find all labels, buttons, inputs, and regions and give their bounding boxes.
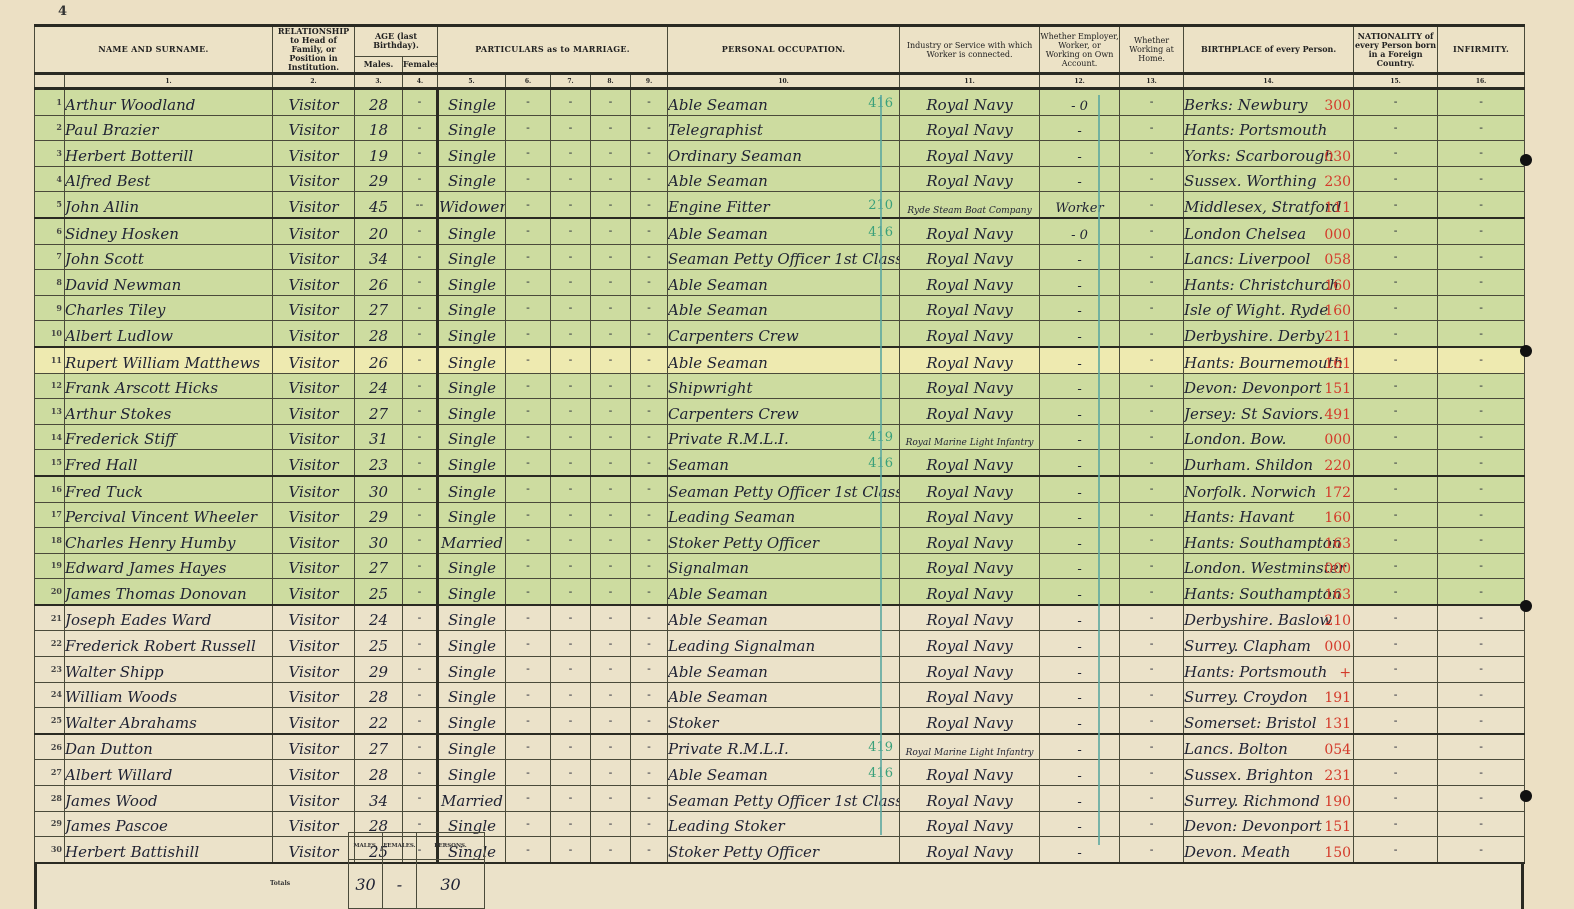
occupation-text: Able Seaman <box>668 611 768 629</box>
birthplace-code: 300 <box>1324 98 1351 114</box>
working-at-home: - <box>1120 605 1184 631</box>
birthplace: Hants: Southampton163 <box>1184 528 1354 554</box>
birthplace-code: 151 <box>1324 381 1351 397</box>
marriage-col-7: - <box>551 321 591 347</box>
marriage-col-9: - <box>631 166 668 192</box>
column-number: 1. <box>65 74 273 89</box>
marriage-col-6: - <box>506 682 551 708</box>
industry: Royal Navy <box>900 708 1040 734</box>
occupation: Signalman <box>668 553 900 579</box>
totals-females-label: Females. <box>383 833 417 860</box>
nationality: - <box>1354 141 1438 167</box>
age-male: 29 <box>355 166 403 192</box>
birthplace: Hants: Bournemouth161 <box>1184 347 1354 373</box>
age-female: - <box>403 631 438 657</box>
occupation: Able Seaman <box>668 657 900 683</box>
relationship: Visitor <box>273 89 355 116</box>
marriage-col-7: - <box>551 192 591 218</box>
marriage-col-9: - <box>631 399 668 425</box>
birthplace-code: 163 <box>1324 536 1351 552</box>
marriage-col-6: - <box>506 89 551 116</box>
age-female: - <box>403 115 438 141</box>
nationality: - <box>1354 399 1438 425</box>
census-row: 17Percival Vincent WheelerVisitor29-Sing… <box>35 502 1525 528</box>
occupation-text: Stoker Petty Officer <box>668 534 819 552</box>
totals-females: - <box>383 860 417 909</box>
birthplace: Jersey: St Saviors.491 <box>1184 399 1354 425</box>
occupation: Seaman416 <box>668 450 900 476</box>
industry: Royal Navy <box>900 760 1040 786</box>
birthplace-code: 160 <box>1324 303 1351 319</box>
relationship: Visitor <box>273 244 355 270</box>
employment-status: - 0 <box>1040 89 1120 116</box>
marriage-col-8: - <box>591 321 631 347</box>
birthplace-code: 231 <box>1324 768 1351 784</box>
industry: Royal Navy <box>900 579 1040 605</box>
occupation: Able Seaman <box>668 270 900 296</box>
column-number: 11. <box>900 74 1040 89</box>
marital-condition: Single <box>438 657 506 683</box>
nationality: - <box>1354 502 1438 528</box>
relationship: Visitor <box>273 682 355 708</box>
marital-condition: Single <box>438 502 506 528</box>
occupation-text: Seaman <box>668 456 729 474</box>
punch-hole <box>1520 790 1532 802</box>
row-number: 12 <box>35 373 65 399</box>
age-female: - <box>403 502 438 528</box>
birthplace-text: Sussex. Brighton <box>1184 766 1313 784</box>
relationship: Visitor <box>273 450 355 476</box>
marriage-col-8: - <box>591 502 631 528</box>
occupation-text: Able Seaman <box>668 766 768 784</box>
infirmity: - <box>1438 450 1525 476</box>
birthplace: Somerset: Bristol131 <box>1184 708 1354 734</box>
marriage-col-8: - <box>591 760 631 786</box>
marriage-col-8: - <box>591 553 631 579</box>
person-name: Albert Willard <box>65 760 273 786</box>
marital-condition: Single <box>438 321 506 347</box>
marital-condition: Single <box>438 579 506 605</box>
marriage-col-8: - <box>591 270 631 296</box>
occupation-text: Stoker <box>668 714 718 732</box>
census-row: 10Albert LudlowVisitor28-Single----Carpe… <box>35 321 1525 347</box>
marriage-col-6: - <box>506 786 551 812</box>
census-row: 24William WoodsVisitor28-Single----Able … <box>35 682 1525 708</box>
birthplace-code: 000 <box>1324 639 1351 655</box>
infirmity: - <box>1438 528 1525 554</box>
infirmity: - <box>1438 141 1525 167</box>
marriage-col-6: - <box>506 708 551 734</box>
marriage-col-9: - <box>631 89 668 116</box>
birthplace-text: Surrey. Croydon <box>1184 688 1308 706</box>
person-name: Joseph Eades Ward <box>65 605 273 631</box>
birthplace: Hants: Portsmouth <box>1184 115 1354 141</box>
working-at-home: - <box>1120 502 1184 528</box>
header-name: NAME AND SURNAME. <box>35 26 273 74</box>
nationality: - <box>1354 166 1438 192</box>
industry: Royal Navy <box>900 295 1040 321</box>
person-name: John Scott <box>65 244 273 270</box>
age-male: 30 <box>355 476 403 502</box>
birthplace: Middlesex, Stratford111 <box>1184 192 1354 218</box>
marriage-col-6: - <box>506 579 551 605</box>
age-male: 27 <box>355 553 403 579</box>
census-row: 19Edward James HayesVisitor27-Single----… <box>35 553 1525 579</box>
marriage-col-6: - <box>506 141 551 167</box>
infirmity: - <box>1438 218 1525 244</box>
marriage-col-8: - <box>591 244 631 270</box>
marriage-col-9: - <box>631 141 668 167</box>
industry: Royal Navy <box>900 502 1040 528</box>
marital-condition: Married <box>438 528 506 554</box>
row-number: 22 <box>35 631 65 657</box>
occupation-text: Able Seaman <box>668 585 768 603</box>
age-male: 45 <box>355 192 403 218</box>
infirmity: - <box>1438 89 1525 116</box>
industry: Royal Navy <box>900 270 1040 296</box>
infirmity: - <box>1438 424 1525 450</box>
employment-status: - <box>1040 682 1120 708</box>
marriage-col-7: - <box>551 476 591 502</box>
marriage-col-9: - <box>631 605 668 631</box>
age-female: - <box>403 657 438 683</box>
person-name: Alfred Best <box>65 166 273 192</box>
occupation: Carpenters Crew <box>668 321 900 347</box>
age-male: 28 <box>355 760 403 786</box>
row-number: 13 <box>35 399 65 425</box>
employment-status: - 0 <box>1040 218 1120 244</box>
occupation-text: Able Seaman <box>668 301 768 319</box>
infirmity: - <box>1438 347 1525 373</box>
age-female: - <box>403 166 438 192</box>
column-number: 14. <box>1184 74 1354 89</box>
marriage-col-8: - <box>591 734 631 760</box>
birthplace: Hants: Christchurch160 <box>1184 270 1354 296</box>
working-at-home: - <box>1120 295 1184 321</box>
age-female: - <box>403 605 438 631</box>
age-male: 28 <box>355 89 403 116</box>
marriage-col-8: - <box>591 708 631 734</box>
working-at-home: - <box>1120 450 1184 476</box>
age-male: 31 <box>355 424 403 450</box>
marital-condition: Single <box>438 631 506 657</box>
birthplace: London Chelsea000 <box>1184 218 1354 244</box>
marriage-col-7: - <box>551 373 591 399</box>
marital-condition: Single <box>438 450 506 476</box>
marriage-col-9: - <box>631 579 668 605</box>
totals-section: Totals Males. Females. Persons. 30 - 30 <box>34 832 1524 909</box>
occupation: Telegraphist <box>668 115 900 141</box>
marriage-col-9: - <box>631 682 668 708</box>
occupation-text: Able Seaman <box>668 96 768 114</box>
header-employer: Whether Employer, Worker, or Working on … <box>1040 26 1120 74</box>
age-male: 29 <box>355 502 403 528</box>
relationship: Visitor <box>273 218 355 244</box>
marriage-col-7: - <box>551 605 591 631</box>
birthplace: Hants: Portsmouth+ <box>1184 657 1354 683</box>
relationship: Visitor <box>273 657 355 683</box>
occupation: Able Seaman <box>668 347 900 373</box>
marriage-col-6: - <box>506 373 551 399</box>
marital-condition: Single <box>438 476 506 502</box>
column-number: 5. <box>438 74 506 89</box>
birthplace-code: 163 <box>1324 587 1351 603</box>
industry: Royal Navy <box>900 166 1040 192</box>
marriage-col-9: - <box>631 115 668 141</box>
relationship: Visitor <box>273 192 355 218</box>
column-number: 2. <box>273 74 355 89</box>
occupation: Engine Fitter210 <box>668 192 900 218</box>
occupation-text: Telegraphist <box>668 121 763 139</box>
census-row: 12Frank Arscott HicksVisitor24-Single---… <box>35 373 1525 399</box>
age-female: - <box>403 347 438 373</box>
birthplace: Sussex. Brighton231 <box>1184 760 1354 786</box>
occupation: Seaman Petty Officer 1st Class <box>668 476 900 502</box>
occupation: Able Seaman <box>668 295 900 321</box>
infirmity: - <box>1438 734 1525 760</box>
occupation: Leading Signalman <box>668 631 900 657</box>
census-row: 11Rupert William MatthewsVisitor26-Singl… <box>35 347 1525 373</box>
relationship: Visitor <box>273 424 355 450</box>
working-at-home: - <box>1120 89 1184 116</box>
marriage-col-8: - <box>591 579 631 605</box>
marital-condition: Single <box>438 373 506 399</box>
person-name: Paul Brazier <box>65 115 273 141</box>
person-name: Walter Shipp <box>65 657 273 683</box>
relationship: Visitor <box>273 708 355 734</box>
marriage-col-6: - <box>506 192 551 218</box>
occupation-text: Able Seaman <box>668 663 768 681</box>
punch-hole <box>1520 600 1532 612</box>
row-number: 16 <box>35 476 65 502</box>
birthplace-code: + <box>1339 665 1351 681</box>
marriage-col-8: - <box>591 141 631 167</box>
marriage-col-6: - <box>506 605 551 631</box>
nationality: - <box>1354 553 1438 579</box>
person-name: Charles Henry Humby <box>65 528 273 554</box>
page-number: 4 <box>58 4 67 19</box>
age-female: - <box>403 528 438 554</box>
occupation: Able Seaman <box>668 682 900 708</box>
totals-males: 30 <box>349 860 383 909</box>
occupation: Able Seaman416 <box>668 218 900 244</box>
nationality: - <box>1354 424 1438 450</box>
working-at-home: - <box>1120 192 1184 218</box>
birthplace: Norfolk. Norwich172 <box>1184 476 1354 502</box>
employment-status: - <box>1040 321 1120 347</box>
birthplace: Derbyshire. Baslow210 <box>1184 605 1354 631</box>
infirmity: - <box>1438 373 1525 399</box>
employment-status: - <box>1040 760 1120 786</box>
marital-condition: Single <box>438 734 506 760</box>
column-number: 15. <box>1354 74 1438 89</box>
header-birthplace: BIRTHPLACE of every Person. <box>1184 26 1354 74</box>
row-number: 26 <box>35 734 65 760</box>
employment-status: - <box>1040 734 1120 760</box>
birthplace-code: 191 <box>1324 690 1351 706</box>
marriage-col-8: - <box>591 631 631 657</box>
infirmity: - <box>1438 682 1525 708</box>
birthplace-code: 161 <box>1324 356 1351 372</box>
age-male: 27 <box>355 734 403 760</box>
person-name: James Thomas Donovan <box>65 579 273 605</box>
working-at-home: - <box>1120 218 1184 244</box>
birthplace-code: 131 <box>1324 716 1351 732</box>
infirmity: - <box>1438 631 1525 657</box>
header-industry: Industry or Service with which Worker is… <box>900 26 1040 74</box>
working-at-home: - <box>1120 166 1184 192</box>
occupation: Able Seaman <box>668 605 900 631</box>
relationship: Visitor <box>273 141 355 167</box>
age-male: 19 <box>355 141 403 167</box>
birthplace: Devon: Devonport151 <box>1184 373 1354 399</box>
nationality: - <box>1354 579 1438 605</box>
marriage-col-7: - <box>551 347 591 373</box>
marriage-col-7: - <box>551 270 591 296</box>
occupation-text: Able Seaman <box>668 225 768 243</box>
marital-condition: Married <box>438 786 506 812</box>
nationality: - <box>1354 760 1438 786</box>
nationality: - <box>1354 734 1438 760</box>
marriage-col-7: - <box>551 682 591 708</box>
marriage-col-8: - <box>591 682 631 708</box>
working-at-home: - <box>1120 786 1184 812</box>
marriage-col-9: - <box>631 476 668 502</box>
infirmity: - <box>1438 502 1525 528</box>
occupation: Stoker Petty Officer <box>668 528 900 554</box>
birthplace: Sussex. Worthing230 <box>1184 166 1354 192</box>
occupation-text: Private R.M.L.I. <box>668 740 789 758</box>
employment-status: - <box>1040 579 1120 605</box>
marriage-col-8: - <box>591 476 631 502</box>
header-relationship: RELATIONSHIP to Head of Family, or Posit… <box>273 26 355 74</box>
birthplace: Lancs: Liverpool058 <box>1184 244 1354 270</box>
infirmity: - <box>1438 605 1525 631</box>
marriage-col-9: - <box>631 657 668 683</box>
industry: Royal Navy <box>900 682 1040 708</box>
industry: Royal Navy <box>900 553 1040 579</box>
birthplace-code: 054 <box>1324 742 1351 758</box>
column-number: 8. <box>591 74 631 89</box>
working-at-home: - <box>1120 657 1184 683</box>
column-number: 13. <box>1120 74 1184 89</box>
census-row: 27Albert WillardVisitor28-Single----Able… <box>35 760 1525 786</box>
age-male: 29 <box>355 657 403 683</box>
marriage-col-6: - <box>506 502 551 528</box>
employment-status: - <box>1040 244 1120 270</box>
infirmity: - <box>1438 657 1525 683</box>
birthplace: Surrey. Richmond190 <box>1184 786 1354 812</box>
age-female: - <box>403 218 438 244</box>
census-row: 16Fred TuckVisitor30-Single----Seaman Pe… <box>35 476 1525 502</box>
age-male: 25 <box>355 579 403 605</box>
marriage-col-9: - <box>631 218 668 244</box>
industry: Royal Navy <box>900 115 1040 141</box>
marriage-col-9: - <box>631 295 668 321</box>
marital-condition: Single <box>438 89 506 116</box>
occupation-text: Signalman <box>668 559 749 577</box>
census-row: 22Frederick Robert RussellVisitor25-Sing… <box>35 631 1525 657</box>
age-female: - <box>403 373 438 399</box>
working-at-home: - <box>1120 399 1184 425</box>
marriage-col-8: - <box>591 373 631 399</box>
age-male: 24 <box>355 373 403 399</box>
birthplace-code: 160 <box>1324 510 1351 526</box>
working-at-home: - <box>1120 244 1184 270</box>
marital-condition: Single <box>438 115 506 141</box>
industry: Royal Navy <box>900 141 1040 167</box>
industry: Royal Marine Light Infantry <box>900 734 1040 760</box>
industry: Royal Marine Light Infantry <box>900 424 1040 450</box>
employment-status: - <box>1040 141 1120 167</box>
column-number-row: 1.2.3.4.5.6.7.8.9.10.11.12.13.14.15.16. <box>35 74 1525 89</box>
occupation: Private R.M.L.I.419 <box>668 424 900 450</box>
age-female: - <box>403 476 438 502</box>
row-number: 27 <box>35 760 65 786</box>
infirmity: - <box>1438 244 1525 270</box>
industry: Royal Navy <box>900 605 1040 631</box>
working-at-home: - <box>1120 270 1184 296</box>
occupation-text: Seaman Petty Officer 1st Class <box>668 792 900 810</box>
nationality: - <box>1354 89 1438 116</box>
nationality: - <box>1354 373 1438 399</box>
birthplace-text: Surrey. Clapham <box>1184 637 1311 655</box>
census-row: 26Dan DuttonVisitor27-Single----Private … <box>35 734 1525 760</box>
working-at-home: - <box>1120 631 1184 657</box>
employment-status: - <box>1040 786 1120 812</box>
column-number: 7. <box>551 74 591 89</box>
age-female: - <box>403 760 438 786</box>
marriage-col-8: - <box>591 295 631 321</box>
marriage-col-8: - <box>591 166 631 192</box>
totals-persons-label: Persons. <box>417 833 485 860</box>
row-number: 17 <box>35 502 65 528</box>
marriage-col-8: - <box>591 218 631 244</box>
birthplace-code: 211 <box>1324 329 1351 345</box>
age-male: 34 <box>355 786 403 812</box>
employment-status: Worker <box>1040 192 1120 218</box>
person-name: Walter Abrahams <box>65 708 273 734</box>
column-number: 6. <box>506 74 551 89</box>
age-male: 26 <box>355 347 403 373</box>
column-number: 4. <box>403 74 438 89</box>
marriage-col-7: - <box>551 141 591 167</box>
row-number: 15 <box>35 450 65 476</box>
birthplace-text: London. Bow. <box>1184 430 1286 448</box>
person-name: Frederick Robert Russell <box>65 631 273 657</box>
column-number: 9. <box>631 74 668 89</box>
person-name: Edward James Hayes <box>65 553 273 579</box>
occupation: Able Seaman <box>668 166 900 192</box>
relationship: Visitor <box>273 631 355 657</box>
nationality: - <box>1354 450 1438 476</box>
marriage-col-6: - <box>506 321 551 347</box>
row-number: 3 <box>35 141 65 167</box>
marriage-col-8: - <box>591 399 631 425</box>
header-age-females: Females. <box>403 56 438 73</box>
census-table: NAME AND SURNAME. RELATIONSHIP to Head o… <box>34 24 1525 864</box>
marriage-col-6: - <box>506 399 551 425</box>
age-female: - <box>403 708 438 734</box>
industry: Royal Navy <box>900 631 1040 657</box>
relationship: Visitor <box>273 502 355 528</box>
occupation: Able Seaman <box>668 579 900 605</box>
person-name: Herbert Botterill <box>65 141 273 167</box>
marital-condition: Single <box>438 708 506 734</box>
row-number: 28 <box>35 786 65 812</box>
age-male: 24 <box>355 605 403 631</box>
nationality: - <box>1354 528 1438 554</box>
